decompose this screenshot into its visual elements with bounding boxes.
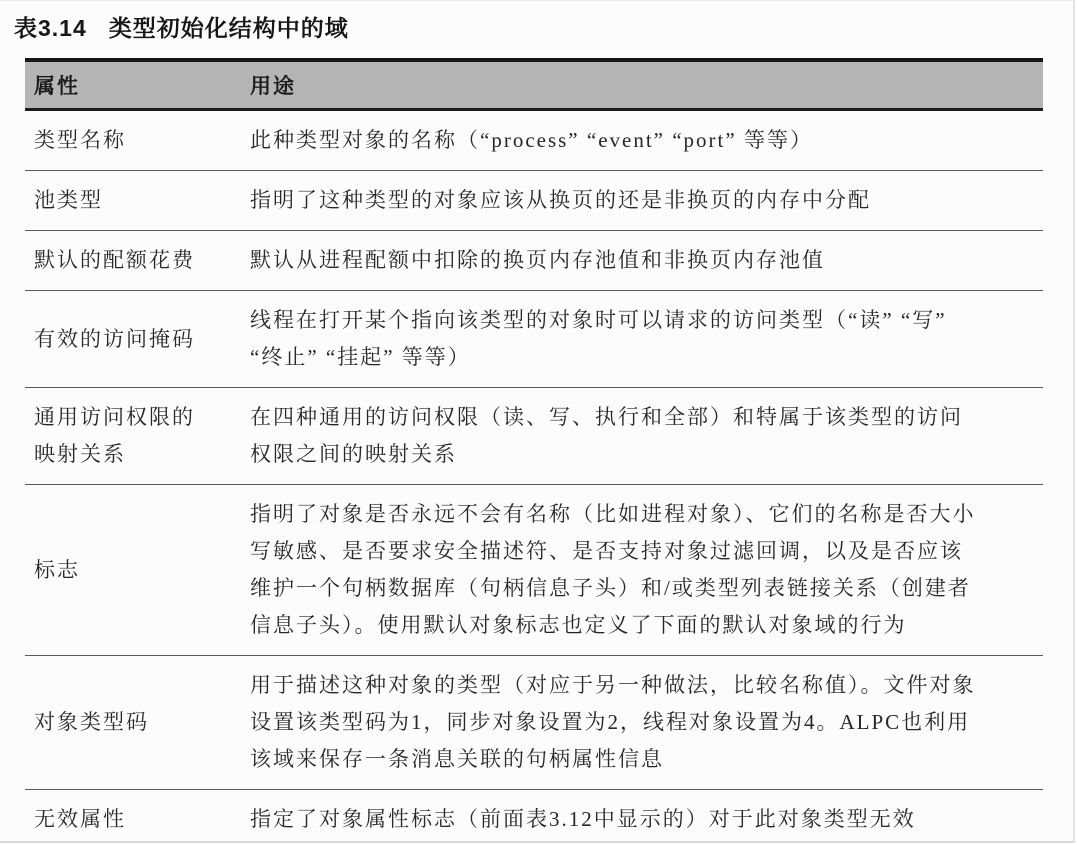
table-number: 表3.14 (14, 15, 87, 41)
row-description: 在四种通用的访问权限（读、写、执行和全部）和特属于该类型的访问 权限之间的映射关… (245, 388, 1043, 485)
row-description: 用于描述这种对象的类型（对应于另一种做法，比较名称值）。文件对象 设置该类型码为… (245, 656, 1043, 790)
table-row: 默认的配额花费 默认从进程配额中扣除的换页内存池值和非换页内存池值 (25, 231, 1043, 291)
row-attribute: 有效的访问掩码 (25, 291, 245, 388)
scanned-book-page: 表3.14类型初始化结构中的域 属性 用途 类型名称 此种类型对象的名称（“pr… (0, 0, 1075, 843)
row-attribute: 标志 (25, 485, 245, 656)
row-description: 默认从进程配额中扣除的换页内存池值和非换页内存池值 (245, 231, 1043, 291)
row-description: 此种类型对象的名称（“process” “event” “port” 等等） (245, 110, 1043, 171)
header-row: 属性 用途 (25, 60, 1043, 110)
table-row: 池类型 指明了这种类型的对象应该从换页的还是非换页的内存中分配 (25, 171, 1043, 231)
table-row: 有效的访问掩码 线程在打开某个指向该类型的对象时可以请求的访问类型（“读” “写… (25, 291, 1043, 388)
row-attribute: 通用访问权限的 映射关系 (25, 388, 245, 485)
table-title: 表3.14类型初始化结构中的域 (14, 10, 1073, 43)
table-row: 对象类型码 用于描述这种对象的类型（对应于另一种做法，比较名称值）。文件对象 设… (25, 656, 1043, 790)
row-attribute: 池类型 (25, 171, 245, 231)
row-description: 指定了对象属性标志（前面表3.12中显示的）对于此对象类型无效 (245, 790, 1043, 845)
table-row: 标志 指明了对象是否永远不会有名称（比如进程对象）、它们的名称是否大小 写敏感、… (25, 485, 1043, 656)
header-purpose: 用途 (245, 60, 1043, 110)
row-attribute: 类型名称 (25, 110, 245, 171)
row-description: 指明了对象是否永远不会有名称（比如进程对象）、它们的名称是否大小 写敏感、是否要… (245, 485, 1043, 656)
row-description: 指明了这种类型的对象应该从换页的还是非换页的内存中分配 (245, 171, 1043, 231)
row-attribute: 无效属性 (25, 790, 245, 845)
type-initializer-fields-table: 属性 用途 类型名称 此种类型对象的名称（“process” “event” “… (25, 58, 1043, 845)
table-caption: 类型初始化结构中的域 (109, 15, 349, 41)
row-attribute: 默认的配额花费 (25, 231, 245, 291)
row-description: 线程在打开某个指向该类型的对象时可以请求的访问类型（“读” “写” “终止” “… (245, 291, 1043, 388)
table-row: 无效属性 指定了对象属性标志（前面表3.12中显示的）对于此对象类型无效 (25, 790, 1043, 845)
header-attribute: 属性 (25, 60, 245, 110)
table-row: 通用访问权限的 映射关系 在四种通用的访问权限（读、写、执行和全部）和特属于该类… (25, 388, 1043, 485)
table-row: 类型名称 此种类型对象的名称（“process” “event” “port” … (25, 110, 1043, 171)
row-attribute: 对象类型码 (25, 656, 245, 790)
